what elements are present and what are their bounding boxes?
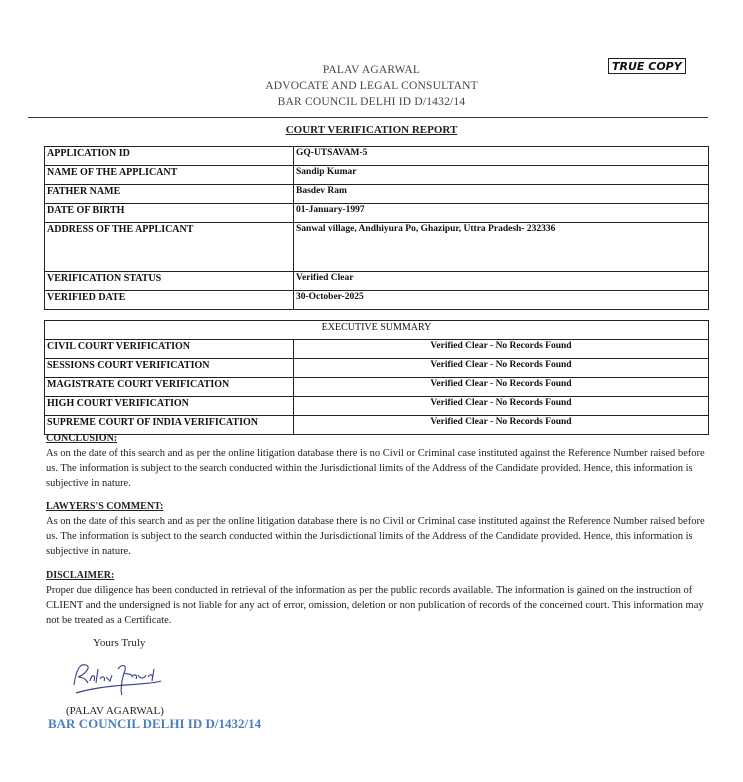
header-divider (28, 117, 708, 118)
table-row: CIVIL COURT VERIFICATIONVerified Clear -… (45, 340, 709, 359)
bar-council-id: BAR COUNCIL DELHI ID D/1432/14 (0, 94, 743, 110)
row-value: Basdev Ram (294, 185, 709, 204)
summary-heading: EXECUTIVE SUMMARY (45, 321, 709, 340)
row-value: GQ-UTSAVAM-5 (294, 147, 709, 166)
comment-heading: LAWYERS'S COMMENT: (46, 499, 706, 514)
court-result: Verified Clear - No Records Found (294, 359, 709, 378)
row-label: VERIFIED DATE (45, 291, 294, 310)
table-row: HIGH COURT VERIFICATIONVerified Clear - … (45, 397, 709, 416)
row-label: NAME OF THE APPLICANT (45, 166, 294, 185)
signatory-bar-id: BAR COUNCIL DELHI ID D/1432/14 (48, 716, 261, 732)
disclaimer-heading: DISCLAIMER: (46, 568, 706, 583)
row-label: DATE OF BIRTH (45, 204, 294, 223)
report-title: COURT VERIFICATION REPORT (0, 124, 743, 136)
court-label: HIGH COURT VERIFICATION (45, 397, 294, 416)
table-row: NAME OF THE APPLICANTSandip Kumar (45, 166, 709, 185)
conclusion-text: As on the date of this search and as per… (46, 448, 705, 489)
table-row: VERIFIED DATE30-October-2025 (45, 291, 709, 310)
disclaimer-text: Proper due diligence has been conducted … (46, 585, 704, 626)
closing-text: Yours Truly (93, 637, 145, 649)
table-row: MAGISTRATE COURT VERIFICATIONVerified Cl… (45, 378, 709, 397)
court-result: Verified Clear - No Records Found (294, 378, 709, 397)
table-row: FATHER NAMEBasdev Ram (45, 185, 709, 204)
court-label: SESSIONS COURT VERIFICATION (45, 359, 294, 378)
row-value: Sanwal village, Andhiyura Po, Ghazipur, … (294, 223, 709, 272)
court-label: CIVIL COURT VERIFICATION (45, 340, 294, 359)
comment-text: As on the date of this search and as per… (46, 516, 705, 557)
table-row: VERIFICATION STATUSVerified Clear (45, 272, 709, 291)
row-label: FATHER NAME (45, 185, 294, 204)
row-value: Verified Clear (294, 272, 709, 291)
advocate-title: ADVOCATE AND LEGAL CONSULTANT (0, 78, 743, 94)
applicant-info-table: APPLICATION IDGQ-UTSAVAM-5 NAME OF THE A… (44, 146, 709, 310)
lawyers-comment-section: LAWYERS'S COMMENT: As on the date of thi… (46, 499, 706, 559)
row-label: ADDRESS OF THE APPLICANT (45, 223, 294, 272)
conclusion-heading: CONCLUSION: (46, 431, 706, 446)
row-label: APPLICATION ID (45, 147, 294, 166)
court-label: MAGISTRATE COURT VERIFICATION (45, 378, 294, 397)
table-row: ADDRESS OF THE APPLICANTSanwal village, … (45, 223, 709, 272)
court-result: Verified Clear - No Records Found (294, 397, 709, 416)
row-label: VERIFICATION STATUS (45, 272, 294, 291)
court-result: Verified Clear - No Records Found (294, 340, 709, 359)
true-copy-stamp: TRUE COPY (608, 58, 686, 74)
disclaimer-section: DISCLAIMER: Proper due diligence has bee… (46, 568, 706, 628)
row-value: 30-October-2025 (294, 291, 709, 310)
table-row: APPLICATION IDGQ-UTSAVAM-5 (45, 147, 709, 166)
table-header-row: EXECUTIVE SUMMARY (45, 321, 709, 340)
conclusion-section: CONCLUSION: As on the date of this searc… (46, 431, 706, 491)
signature-icon (66, 655, 166, 700)
row-value: Sandip Kumar (294, 166, 709, 185)
row-value: 01-January-1997 (294, 204, 709, 223)
table-row: DATE OF BIRTH01-January-1997 (45, 204, 709, 223)
executive-summary-table: EXECUTIVE SUMMARY CIVIL COURT VERIFICATI… (44, 320, 709, 435)
table-row: SESSIONS COURT VERIFICATIONVerified Clea… (45, 359, 709, 378)
